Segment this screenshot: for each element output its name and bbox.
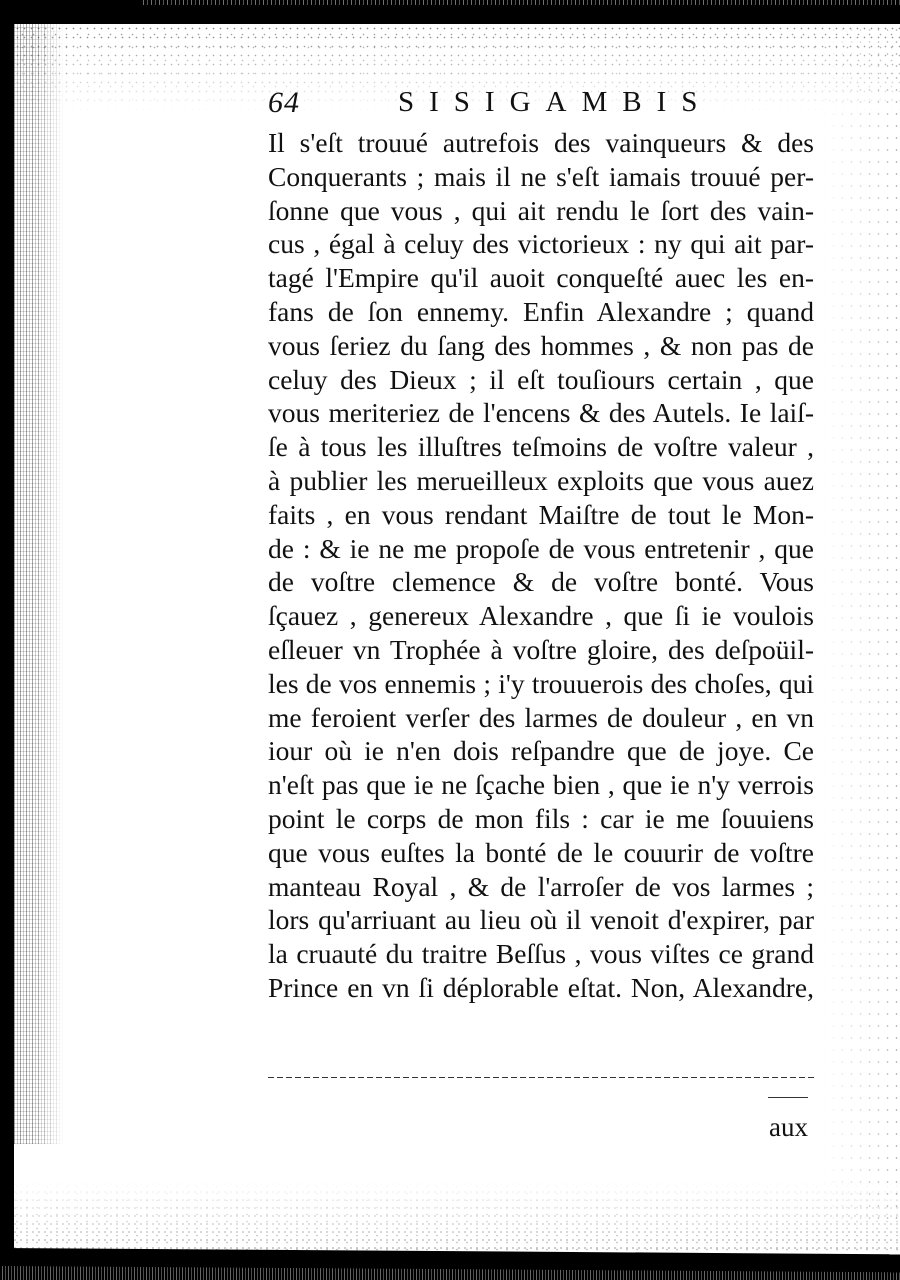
book-page: 64 SISIGAMBIS Il s'eſt trouué autrefois …: [268, 86, 816, 1005]
page-number: 64: [268, 86, 300, 120]
text-line: faits , en vous rendant Maiſtre de tout …: [268, 498, 814, 532]
text-line: de : & ie ne me propoſe de vous entreten…: [268, 532, 814, 566]
text-line: Prince en vn ſi déplorable eſtat. Non, A…: [268, 971, 814, 1005]
catchword-rule: [768, 1097, 808, 1098]
text-line: ſe à tous les illuſtres teſmoins de voſt…: [268, 430, 814, 464]
text-line: les de vos ennemis ; i'y trouuerois des …: [268, 667, 814, 701]
text-line: n'eſt pas que ie ne ſçache bien , que ie…: [268, 768, 814, 802]
text-line: fans de ſon ennemy. Enfin Alexandre ; qu…: [268, 295, 814, 329]
scan-noise-right: [820, 24, 900, 1224]
text-line: tagé l'Empire qu'il auoit conqueſté auec…: [268, 261, 814, 295]
text-line: lors qu'arriuant au lieu où il venoit d'…: [268, 903, 814, 937]
body-text: Il s'eſt trouué autrefois des vainqueurs…: [268, 126, 816, 1005]
text-line: ſçauez , genereux Alexandre , que ſi ie …: [268, 599, 814, 633]
text-line: ſonne que vous , qui ait rendu le ſort d…: [268, 194, 814, 228]
text-line: vous meriteriez de l'encens & des Autels…: [268, 396, 814, 430]
text-line: que vous euſtes la bonté de le couurir d…: [268, 836, 814, 870]
text-line: de voſtre clemence & de voſtre bonté. Vo…: [268, 565, 814, 599]
running-title: SISIGAMBIS: [398, 86, 712, 119]
text-line: à publier les merueilleux exploits que v…: [268, 464, 814, 498]
scan-border-left: [0, 0, 14, 1280]
text-line: iour où ie n'en dois reſpandre que de jo…: [268, 734, 814, 768]
text-line: cus , égal à celuy des victorieux : ny q…: [268, 227, 814, 261]
page-gutter-shadow: [14, 24, 64, 1144]
text-line: Il s'eſt trouué autrefois des vainqueurs…: [268, 126, 814, 160]
running-head: 64 SISIGAMBIS: [268, 86, 816, 126]
text-line: la cruauté du traitre Beſſus , vous viſt…: [268, 937, 814, 971]
bottom-rule: [268, 1077, 816, 1078]
text-line: eſleuer vn Trophée à voſtre gloire, des …: [268, 633, 814, 667]
catchword: aux: [769, 1112, 808, 1143]
text-line: celuy des Dieux ; il eſt touſiours certa…: [268, 363, 814, 397]
text-line: me feroient verſer des larmes de douleur…: [268, 701, 814, 735]
text-line: point le corps de mon fils : car ie me ſ…: [268, 802, 814, 836]
scan-border-top: [0, 0, 900, 24]
scan-border-bottom: [0, 1248, 900, 1280]
text-line: manteau Royal , & de l'arroſer de vos la…: [268, 870, 814, 904]
text-line: vous ſeriez du ſang des hommes , & non p…: [268, 329, 814, 363]
text-line: Conquerants ; mais il ne s'eſt iamais tr…: [268, 160, 814, 194]
